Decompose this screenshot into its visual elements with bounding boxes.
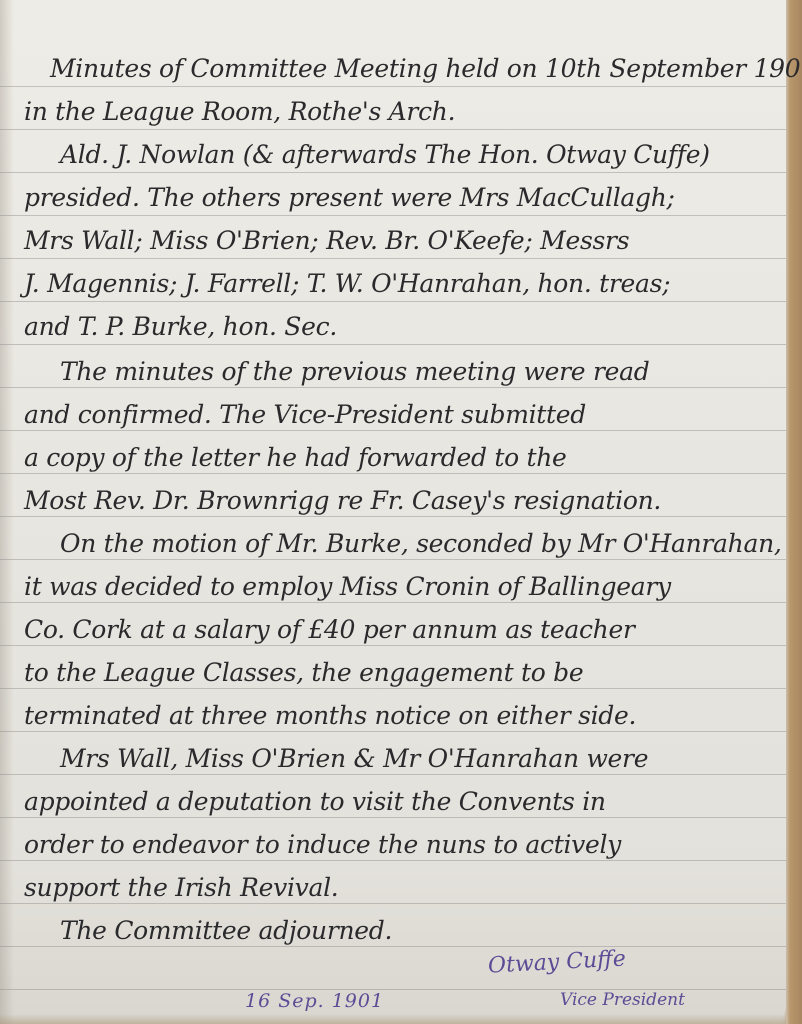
text-line: it was decided to employ Miss Cronin of … [24, 572, 784, 602]
text-line: Mrs Wall, Miss O'Brien & Mr O'Hanrahan w… [60, 744, 802, 774]
ruled-line [0, 344, 786, 345]
text-line: Ald. J. Nowlan (& afterwards The Hon. Ot… [60, 140, 802, 170]
photo-of-minute-book: Minutes of Committee Meeting held on 10t… [0, 0, 802, 1024]
page-bottom-edge [0, 1014, 786, 1024]
ruled-line [0, 473, 786, 474]
text-line: presided. The others present were Mrs Ma… [24, 183, 784, 213]
text-line: and confirmed. The Vice-President submit… [24, 400, 784, 430]
ruled-line [0, 86, 786, 87]
text-line: to the League Classes, the engagement to… [24, 658, 784, 688]
signature-date: 16 Sep. 1901 [245, 990, 384, 1012]
ruled-line [0, 172, 786, 173]
text-line: On the motion of Mr. Burke, seconded by … [60, 529, 802, 559]
ruled-line [0, 215, 786, 216]
ruled-line [0, 688, 786, 689]
ruled-line [0, 516, 786, 517]
ruled-line [0, 946, 786, 947]
text-line: The minutes of the previous meeting were… [60, 357, 802, 387]
text-line: order to endeavor to induce the nuns to … [24, 830, 784, 860]
adjournment-line: The Committee adjourned. [60, 916, 802, 946]
notebook-page: Minutes of Committee Meeting held on 10t… [0, 0, 786, 1024]
ruled-line [0, 903, 786, 904]
text-line: a copy of the letter he had forwarded to… [24, 443, 784, 473]
signature-name: Otway Cuffe [487, 946, 626, 978]
minutes-heading: Minutes of Committee Meeting held on 10t… [50, 54, 802, 84]
text-line: Mrs Wall; Miss O'Brien; Rev. Br. O'Keefe… [24, 226, 784, 256]
text-line: J. Magennis; J. Farrell; T. W. O'Hanraha… [24, 269, 784, 299]
ruled-line [0, 559, 786, 560]
signature-title: Vice President [560, 990, 685, 1010]
ruled-line [0, 430, 786, 431]
ruled-line [0, 645, 786, 646]
text-line: appointed a deputation to visit the Conv… [24, 787, 784, 817]
ruled-line [0, 387, 786, 388]
ruled-line [0, 301, 786, 302]
text-line: Most Rev. Dr. Brownrigg re Fr. Casey's r… [24, 486, 784, 516]
ruled-line [0, 860, 786, 861]
ruled-line [0, 129, 786, 130]
ruled-line [0, 731, 786, 732]
ruled-line [0, 602, 786, 603]
ruled-line [0, 258, 786, 259]
text-line: terminated at three months notice on eit… [24, 701, 784, 731]
text-line: Co. Cork at a salary of £40 per annum as… [24, 615, 784, 645]
text-line: support the Irish Revival. [24, 873, 784, 903]
ruled-line [0, 774, 786, 775]
ruled-line [0, 817, 786, 818]
text-line: and T. P. Burke, hon. Sec. [24, 312, 784, 342]
minutes-heading-location: in the League Room, Rothe's Arch. [24, 97, 784, 127]
page-gutter-shadow [0, 0, 14, 1024]
